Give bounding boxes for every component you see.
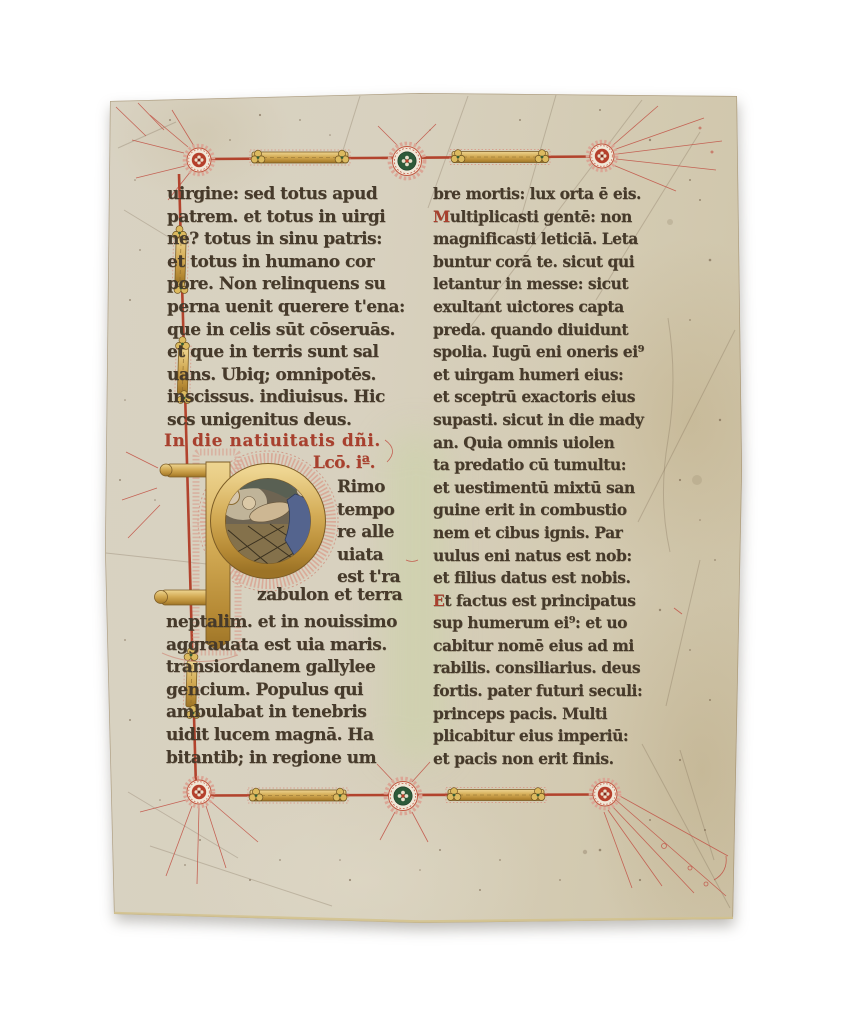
text-line: inscissus. indiuisus. Hic <box>167 386 405 409</box>
lectio-label: Lcō. iª. <box>290 453 375 473</box>
text-line: patrem. et totus in uirgi <box>167 206 405 229</box>
text-line: uiata <box>337 544 400 567</box>
text-line: re alle <box>337 521 400 544</box>
text-line: et uirgam humeri eius: <box>433 364 644 387</box>
text-line: Et factus est principatus <box>433 590 644 613</box>
text-line: et totus in humano cor <box>167 251 405 274</box>
text-line: nem et cibus ignis. Par <box>433 522 644 545</box>
text-line: aggrauata est uia maris. <box>166 634 397 657</box>
text-line: preda. quando diuidunt <box>433 319 644 342</box>
manuscript-leaf-wrap: uirgine: sed totus apud patrem. et totus… <box>0 0 852 1024</box>
text-line: neptalim. et in nouissimo <box>166 611 397 634</box>
right-text-column: bre mortis: lux orta ē eis. Multiplicast… <box>433 183 644 770</box>
text-line: tempo <box>337 499 400 522</box>
text-line: gencium. Populus qui <box>166 679 397 702</box>
text-line: guine erit in combustio <box>433 499 644 522</box>
text-line: Rimo <box>337 476 400 499</box>
text-line: sup humerum ei⁹: et uo <box>433 612 644 635</box>
text-line: pore. Non relinquens su <box>167 273 405 296</box>
manuscript-leaf: uirgine: sed totus apud patrem. et totus… <box>0 0 852 1024</box>
text-line: et pacis non erit finis. <box>433 748 644 771</box>
roundel-top-left <box>185 146 214 175</box>
left-text-column-lower: neptalim. et in nouissimo aggrauata est … <box>166 611 397 769</box>
text-line: bitantib; in regione um <box>166 747 397 770</box>
text-line: Multiplicasti gentē: non <box>433 206 644 229</box>
text-line: transiordanem gallylee <box>166 656 397 679</box>
text-line: cabitur nomē eius ad mi <box>433 635 644 658</box>
photo-background: uirgine: sed totus apud patrem. et totus… <box>0 0 852 1024</box>
text-line: ne? totus in sinu patris: <box>167 228 405 251</box>
text-line: ta predatio cū tumultu: <box>433 454 644 477</box>
left-column-beside-initial: Rimo tempo re alle uiata est t'ra <box>337 476 400 589</box>
roundel-top-center <box>390 144 425 179</box>
roundel-bottom-right <box>591 780 620 809</box>
roundel-bottom-left <box>185 778 214 807</box>
text-line: uans. Ubiq; omnipotēs. <box>167 364 405 387</box>
text-line: ambulabat in tenebris <box>166 701 397 724</box>
text-line: exultant uictores capta <box>433 296 644 319</box>
text-line: plicabitur eius imperiū: <box>433 725 644 748</box>
text-line: que in celis sūt cōseruās. <box>167 319 405 342</box>
text-line: perna uenit querere t'ena: <box>167 296 405 319</box>
text-line: buntur corā te. sicut qui <box>433 251 644 274</box>
text-line: an. Quia omnis uiolen <box>433 432 644 455</box>
text-line: magnificasti leticiā. Leta <box>433 228 644 251</box>
text-line: et uestimentū mixtū san <box>433 477 644 500</box>
text-line: et filius datus est nobis. <box>433 567 644 590</box>
text-line: bre mortis: lux orta ē eis. <box>433 183 644 206</box>
text-line: fortis. pater futuri seculi: <box>433 680 644 703</box>
left-column-indented-line: zabulon et terra <box>257 585 402 605</box>
rubric-line: In die natiuitatis dñi. <box>164 431 381 451</box>
text-line: et que in terris sunt sal <box>167 341 405 364</box>
text-line: uulus eni natus est nob: <box>433 545 644 568</box>
text-line: letantur in messe: sicut <box>433 273 644 296</box>
text-line: et sceptrū exactoris eius <box>433 386 644 409</box>
roundel-bottom-center <box>386 779 421 814</box>
left-text-column-upper: uirgine: sed totus apud patrem. et totus… <box>167 183 405 432</box>
text-line: rabilis. consiliarius. deus <box>433 657 644 680</box>
text-line: uidit lucem magnā. Ha <box>166 724 397 747</box>
text-line: uirgine: sed totus apud <box>167 183 405 206</box>
text-line: scs unigenitus deus. <box>167 409 405 432</box>
decoration-layer <box>0 0 852 1024</box>
text-line: supasti. sicut in die mady <box>433 409 644 432</box>
text-line: spolia. Iugū eni oneris ei⁹ <box>433 341 644 364</box>
text-line: princeps pacis. Multi <box>433 703 644 726</box>
